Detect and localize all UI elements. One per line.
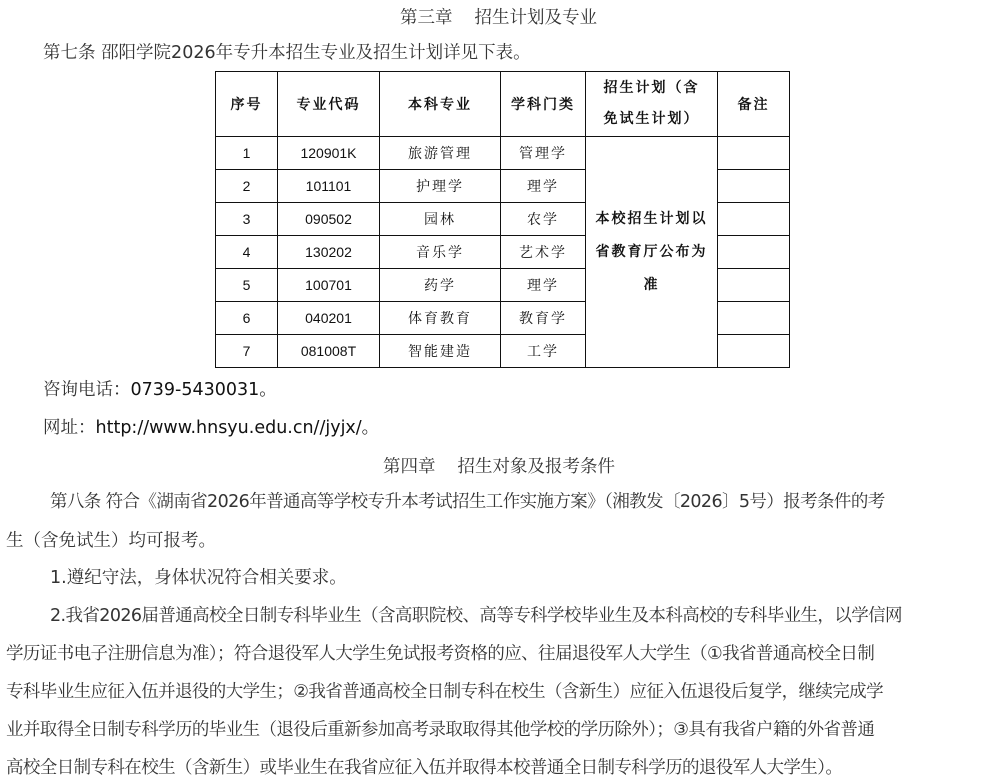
condition-2-line-3: 专科毕业生应征入伍并退役的大学生；②我省普通高校全日制专科在校生（含新生）应征入… xyxy=(6,680,883,704)
cell-category: 农学 xyxy=(501,203,586,236)
cell-category: 教育学 xyxy=(501,302,586,335)
header-no: 序号 xyxy=(216,72,278,137)
plan-note-line1: 本校招生计划以 xyxy=(590,203,713,236)
chapter-4-label: 第四章 xyxy=(383,457,436,477)
cell-remark xyxy=(718,170,790,203)
contact-website: 网址：http://www.hnsyu.edu.cn//jyjx/。 xyxy=(43,416,379,440)
cell-major: 智能建造 xyxy=(380,335,501,368)
website-link[interactable]: http://www.hnsyu.edu.cn//jyjx/。 xyxy=(96,418,380,438)
cell-remark xyxy=(718,302,790,335)
cell-code: 130202 xyxy=(278,236,380,269)
cell-major: 旅游管理 xyxy=(380,137,501,170)
article-8-line-2: 生（含免试生）均可报考。 xyxy=(6,529,216,553)
chapter-3-title: 招生计划及专业 xyxy=(475,8,598,28)
cell-category: 理学 xyxy=(501,269,586,302)
cell-remark xyxy=(718,269,790,302)
chapter-3-heading: 第三章招生计划及专业 xyxy=(400,4,597,29)
cell-category: 艺术学 xyxy=(501,236,586,269)
cell-major: 园林 xyxy=(380,203,501,236)
cell-remark xyxy=(718,236,790,269)
chapter-4-heading: 第四章招生对象及报考条件 xyxy=(383,453,615,478)
cell-no: 2 xyxy=(216,170,278,203)
table-row: 1 120901K 旅游管理 管理学 本校招生计划以 省教育厅公布为 准 xyxy=(216,137,790,170)
cell-remark xyxy=(718,137,790,170)
plan-note-line2: 省教育厅公布为 xyxy=(590,236,713,269)
cell-category: 管理学 xyxy=(501,137,586,170)
table-header-row: 序号 专业代码 本科专业 学科门类 招生计划（含 免试生计划） 备注 xyxy=(216,72,790,137)
article-7: 第七条 邵阳学院2026年专升本招生专业及招生计划详见下表。 xyxy=(43,41,531,65)
cell-major: 护理学 xyxy=(380,170,501,203)
cell-no: 4 xyxy=(216,236,278,269)
condition-1: 1.遵纪守法，身体状况符合相关要求。 xyxy=(50,566,347,590)
cell-code: 040201 xyxy=(278,302,380,335)
header-major: 本科专业 xyxy=(380,72,501,137)
condition-2-line-4: 业并取得全日制专科学历的毕业生（退役后重新参加高考录取取得其他学校的学历除外）；… xyxy=(6,718,874,742)
cell-remark xyxy=(718,335,790,368)
cell-major: 音乐学 xyxy=(380,236,501,269)
cell-category: 理学 xyxy=(501,170,586,203)
cell-no: 1 xyxy=(216,137,278,170)
header-remark: 备注 xyxy=(718,72,790,137)
header-code: 专业代码 xyxy=(278,72,380,137)
website-label: 网址： xyxy=(43,418,96,438)
condition-2-line-5: 高校全日制专科在校生（含新生）或毕业生在我省应征入伍并取得本校普通全日制专科学历… xyxy=(6,756,842,780)
article-8-line-1: 第八条 符合《湖南省2026年普通高等学校专升本考试招生工作实施方案》（湘教发〔… xyxy=(50,490,885,514)
phone-number: 0739-5430031。 xyxy=(131,380,277,400)
cell-plan-note: 本校招生计划以 省教育厅公布为 准 xyxy=(586,137,718,368)
condition-2-line-2: 学历证书电子注册信息为准）；符合退役军人大学生免试报考资格的应、往届退役军人大学… xyxy=(6,642,874,666)
plan-note-line3: 准 xyxy=(590,269,713,302)
phone-label: 咨询电话： xyxy=(43,380,131,400)
contact-phone: 咨询电话：0739-5430031。 xyxy=(43,378,277,402)
header-plan: 招生计划（含 免试生计划） xyxy=(586,72,718,137)
cell-code: 100701 xyxy=(278,269,380,302)
cell-code: 120901K xyxy=(278,137,380,170)
chapter-4-title: 招生对象及报考条件 xyxy=(458,457,616,477)
cell-no: 7 xyxy=(216,335,278,368)
cell-code: 090502 xyxy=(278,203,380,236)
cell-code: 081008T xyxy=(278,335,380,368)
cell-remark xyxy=(718,203,790,236)
enrollment-plan-table: 序号 专业代码 本科专业 学科门类 招生计划（含 免试生计划） 备注 1 120… xyxy=(215,71,790,368)
cell-category: 工学 xyxy=(501,335,586,368)
cell-no: 3 xyxy=(216,203,278,236)
chapter-3-label: 第三章 xyxy=(400,8,453,28)
cell-major: 药学 xyxy=(380,269,501,302)
cell-major: 体育教育 xyxy=(380,302,501,335)
cell-no: 6 xyxy=(216,302,278,335)
cell-no: 5 xyxy=(216,269,278,302)
cell-code: 101101 xyxy=(278,170,380,203)
header-plan-line1: 招生计划（含 xyxy=(586,73,717,104)
header-category: 学科门类 xyxy=(501,72,586,137)
condition-2-line-1: 2.我省2026届普通高校全日制专科毕业生（含高职院校、高等专科学校毕业生及本科… xyxy=(50,604,902,628)
header-plan-line2: 免试生计划） xyxy=(586,104,717,135)
